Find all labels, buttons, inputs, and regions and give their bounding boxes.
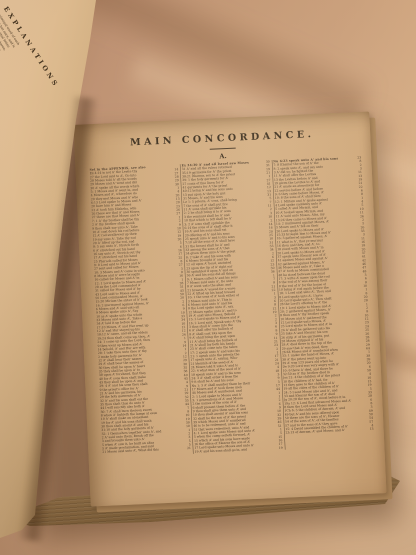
line-verse-number: 13 xyxy=(368,427,374,431)
title-divider-rule xyxy=(210,148,236,150)
concordance-column: Ex 34:30 A' and all Israel saw Moses3031… xyxy=(180,160,285,454)
concordance-column: Set in the APPENDIX, see alsoEx 4:14 is … xyxy=(88,164,193,458)
concordance-column: Nu 6:23 speak unto A' and his sons237: 8… xyxy=(272,156,377,450)
text-columns-area: Set in the APPENDIX, see alsoEx 4:14 is … xyxy=(88,156,376,464)
main-concordance-page: MAIN CONCORDANCE. A. Set in the APPENDIX… xyxy=(73,111,386,506)
line-verse-number: 19 xyxy=(277,446,283,450)
concordance-columns: Set in the APPENDIX, see alsoEx 4:14 is … xyxy=(88,156,376,458)
line-verse-number: 21 xyxy=(185,447,191,451)
photo-of-open-concordance-book: MAIN CONCORDANCE. A. Set in the APPENDIX… xyxy=(0,0,416,555)
